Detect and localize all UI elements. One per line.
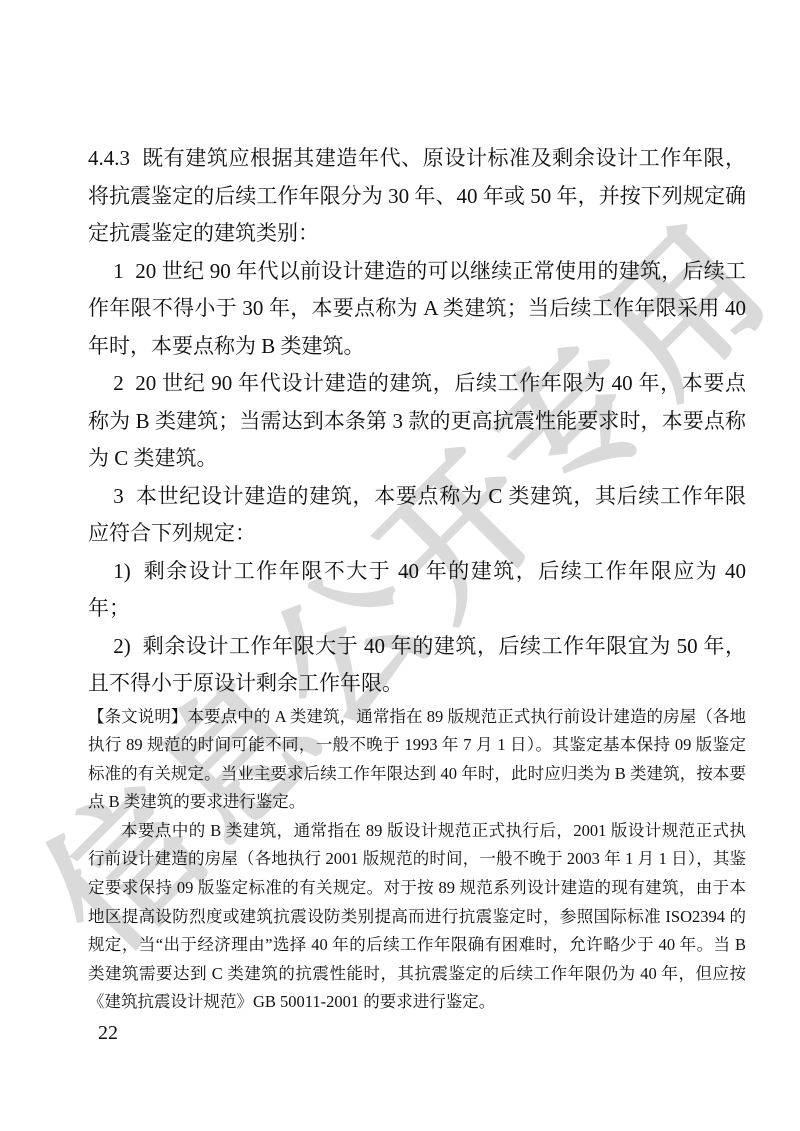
clause-subitem-2: 2)剩余设计工作年限大于 40 年的建筑，后续工作年限宜为 50 年，且不得小于… [88, 628, 746, 703]
clause-intro-text: 既有建筑应根据其建造年代、原设计标准及剩余设计工作年限，将抗震鉴定的后续工作年限… [88, 146, 746, 245]
commentary-paragraph-2: 本要点中的 B 类建筑，通常指在 89 版设计规范正式执行后，2001 版设计规… [88, 817, 746, 1017]
item-2-text: 20 世纪 90 年代设计建造的建筑，后续工作年限为 40 年，本要点称为 B … [88, 371, 746, 470]
clause-item-3: 3本世纪设计建造的建筑，本要点称为 C 类建筑，其后续工作年限应符合下列规定： [88, 478, 746, 553]
document-page: 信息公开专用 4.4.3既有建筑应根据其建造年代、原设计标准及剩余设计工作年限，… [0, 0, 800, 1131]
page-number: 22 [98, 1022, 118, 1045]
subitem-1-number: 1) [113, 559, 131, 583]
subitem-2-number: 2) [113, 634, 131, 658]
commentary-label: 【条文说明】 [88, 707, 188, 726]
subitem-1-text: 剩余设计工作年限不大于 40 年的建筑，后续工作年限应为 40 年； [88, 559, 746, 621]
page-content: 4.4.3既有建筑应根据其建造年代、原设计标准及剩余设计工作年限，将抗震鉴定的后… [88, 140, 746, 1017]
clause-subitem-1: 1)剩余设计工作年限不大于 40 年的建筑，后续工作年限应为 40 年； [88, 553, 746, 628]
clause-item-2: 220 世纪 90 年代设计建造的建筑，后续工作年限为 40 年，本要点称为 B… [88, 365, 746, 478]
clause-item-1: 120 世纪 90 年代以前设计建造的可以继续正常使用的建筑，后续工作年限不得小… [88, 253, 746, 366]
clause-intro-paragraph: 4.4.3既有建筑应根据其建造年代、原设计标准及剩余设计工作年限，将抗震鉴定的后… [88, 140, 746, 253]
item-2-number: 2 [113, 371, 124, 395]
item-1-text: 20 世纪 90 年代以前设计建造的可以继续正常使用的建筑，后续工作年限不得小于… [88, 259, 746, 358]
item-3-text: 本世纪设计建造的建筑，本要点称为 C 类建筑，其后续工作年限应符合下列规定： [88, 484, 746, 546]
clause-number: 4.4.3 [88, 146, 130, 170]
subitem-2-text: 剩余设计工作年限大于 40 年的建筑，后续工作年限宜为 50 年，且不得小于原设… [88, 634, 746, 696]
item-3-number: 3 [113, 484, 124, 508]
commentary-paragraph-1-text: 本要点中的 A 类建筑，通常指在 89 版规范正式执行前设计建造的房屋（各地执行… [88, 707, 746, 812]
item-1-number: 1 [113, 259, 124, 283]
commentary-paragraph-1: 【条文说明】本要点中的 A 类建筑，通常指在 89 版规范正式执行前设计建造的房… [88, 703, 746, 817]
